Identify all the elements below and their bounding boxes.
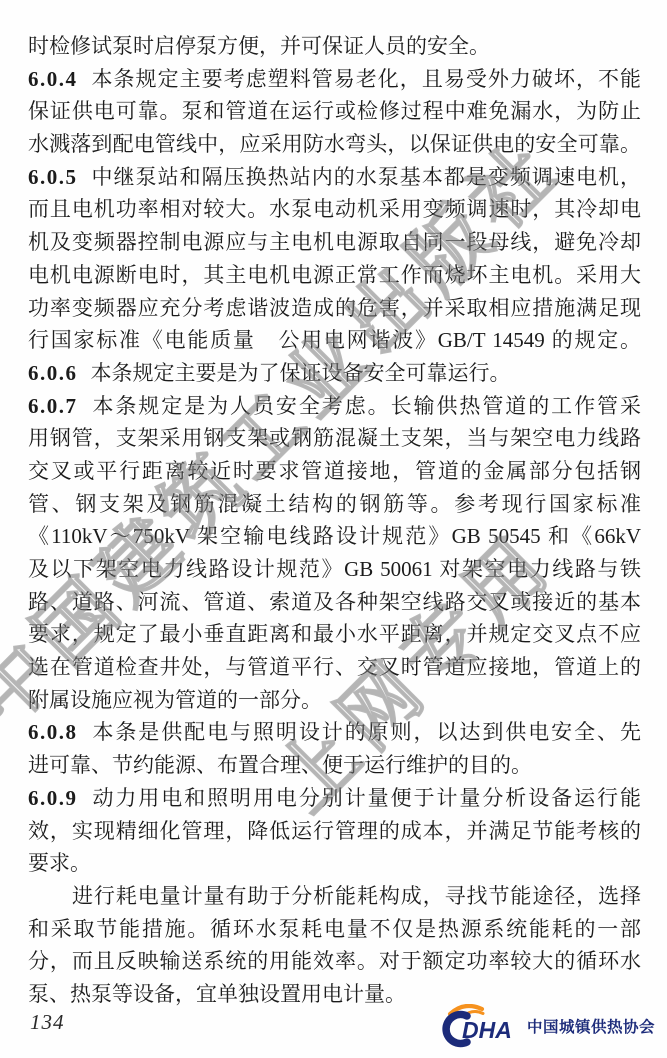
text-line: 6.0.9动力用电和照明用电分别计量便于计量分析设备运行能 xyxy=(28,782,641,815)
text-line: 要求，规定了最小垂直距离和最小水平距离，并规定交叉点不应 xyxy=(28,618,641,651)
text-line: 时检修试泵时启停泵方便，并可保证人员的安全。 xyxy=(28,30,641,63)
line-text: 进行耗电量计量有助于分析能耗构成，寻找节能途径，选择 xyxy=(72,884,641,908)
line-text: 分，而且反映输送系统的用能效率。对于额定功率较大的循环水 xyxy=(28,949,641,973)
text-line: 6.0.4本条规定主要考虑塑料管易老化，且易受外力破坏，不能 xyxy=(28,63,641,96)
text-line: 进可靠、节约能源、布置合理、便于运行维护的目的。 xyxy=(28,749,641,782)
section-number: 6.0.7 xyxy=(28,394,78,418)
text-line: 功率变频器应充分考虑谐波造成的危害，并采取相应措施满足现 xyxy=(28,292,641,325)
line-text: 电机电源断电时，其主电机电源正常工作而烧坏主电机。采用大 xyxy=(28,263,641,287)
text-line: 6.0.5中继泵站和隔压换热站内的水泵基本都是变频调速电机， xyxy=(28,161,641,194)
text-line: 6.0.8本条是供配电与照明设计的原则，以达到供电安全、先 xyxy=(28,716,641,749)
text-line: 效，实现精细化管理，降低运行管理的成本，并满足节能考核的 xyxy=(28,815,641,848)
text-line: 管、钢支架及钢筋混凝土结构的钢筋等。参考现行国家标准 xyxy=(28,488,641,521)
line-text: 本条规定主要考虑塑料管易老化，且易受外力破坏，不能 xyxy=(91,67,642,91)
text-line: 《110kV～750kV 架空输电线路设计规范》GB 50545 和《66kV xyxy=(28,520,641,553)
document-page: 中国建筑工业出版社 上网专用 时检修试泵时启停泵方便，并可保证人员的安全。6.0… xyxy=(0,0,667,1058)
line-text: 附属设施应视为管道的一部分。 xyxy=(28,688,322,712)
line-text: 《110kV～750kV 架空输电线路设计规范》GB 50545 和《66kV xyxy=(28,524,641,548)
text-line: 6.0.7本条规定是为人员安全考虑。长输供热管道的工作管采 xyxy=(28,390,641,423)
text-line: 行国家标准《电能质量 公用电网谐波》GB/T 14549 的规定。 xyxy=(28,324,641,357)
text-line: 和采取节能措施。循环水泵耗电量不仅是热源系统能耗的一部 xyxy=(28,913,641,946)
section-number: 6.0.8 xyxy=(28,720,78,744)
line-text: 效，实现精细化管理，降低运行管理的成本，并满足节能考核的 xyxy=(28,819,641,843)
text-line: 选在管道检查井处，与管道平行、交叉时管道应接地，管道上的 xyxy=(28,651,641,684)
text-line: 要求。 xyxy=(28,847,641,880)
section-number: 6.0.6 xyxy=(28,361,78,385)
line-text: 交叉或平行距离较近时要求管道接地，管道的金属部分包括钢 xyxy=(28,459,641,483)
line-text: 泵、热泵等设备，宜单独设置用电计量。 xyxy=(28,982,406,1006)
text-line: 及以下架空电力线路设计规范》GB 50061 对架空电力线路与铁 xyxy=(28,553,641,586)
text-line: 交叉或平行距离较近时要求管道接地，管道的金属部分包括钢 xyxy=(28,455,641,488)
line-text: 要求。 xyxy=(28,851,91,875)
text-line: 水溅落到配电管线中，应采用防水弯头，以保证供电的安全可靠。 xyxy=(28,128,641,161)
text-line: 6.0.6本条规定主要是为了保证设备安全可靠运行。 xyxy=(28,357,641,390)
text-line: 保证供电可靠。泵和管道在运行或检修过程中难免漏水，为防止 xyxy=(28,95,641,128)
line-text: 和采取节能措施。循环水泵耗电量不仅是热源系统能耗的一部 xyxy=(28,917,641,941)
line-text: 本条规定是为人员安全考虑。长输供热管道的工作管采 xyxy=(91,394,642,418)
text-line: 而且电机功率相对较大。水泵电动机采用变频调速时，其冷却电 xyxy=(28,193,641,226)
text-line: 进行耗电量计量有助于分析能耗构成，寻找节能途径，选择 xyxy=(28,880,641,913)
document-body: 时检修试泵时启停泵方便，并可保证人员的安全。6.0.4本条规定主要考虑塑料管易老… xyxy=(28,30,641,1011)
line-text: 时检修试泵时启停泵方便，并可保证人员的安全。 xyxy=(28,34,490,58)
line-text: 功率变频器应充分考虑谐波造成的危害，并采取相应措施满足现 xyxy=(28,296,641,320)
line-text: 保证供电可靠。泵和管道在运行或检修过程中难免漏水，为防止 xyxy=(28,99,641,123)
line-text: 选在管道检查井处，与管道平行、交叉时管道应接地，管道上的 xyxy=(28,655,641,679)
line-text: 动力用电和照明用电分别计量便于计量分析设备运行能 xyxy=(91,786,642,810)
text-line: 路、道路、河流、管道、索道及各种架空线路交叉或接近的基本 xyxy=(28,586,641,619)
association-name: 中国城镇供热协会 xyxy=(527,1015,655,1037)
line-text: 管、钢支架及钢筋混凝土结构的钢筋等。参考现行国家标准 xyxy=(28,492,641,516)
line-text: 用钢管，支架采用钢支架或钢筋混凝土支架，当与架空电力线路 xyxy=(28,426,641,450)
section-number: 6.0.4 xyxy=(28,67,78,91)
page-number: 134 xyxy=(30,1010,65,1035)
text-line: 分，而且反映输送系统的用能效率。对于额定功率较大的循环水 xyxy=(28,945,641,978)
line-text: 进可靠、节约能源、布置合理、便于运行维护的目的。 xyxy=(28,753,532,777)
line-text: 中继泵站和隔压换热站内的水泵基本都是变频调速电机， xyxy=(91,165,642,189)
svg-text:DHA: DHA xyxy=(462,1017,512,1043)
section-number: 6.0.5 xyxy=(28,165,78,189)
text-line: 机及变频器控制电源应与主电机电源取自同一段母线，避免冷却 xyxy=(28,226,641,259)
line-text: 路、道路、河流、管道、索道及各种架空线路交叉或接近的基本 xyxy=(28,590,641,614)
line-text: 行国家标准《电能质量 公用电网谐波》GB/T 14549 的规定。 xyxy=(28,328,641,352)
association-logo: DHA 中国城镇供热协会 xyxy=(436,1004,655,1048)
line-text: 机及变频器控制电源应与主电机电源取自同一段母线，避免冷却 xyxy=(28,230,641,254)
text-line: 用钢管，支架采用钢支架或钢筋混凝土支架，当与架空电力线路 xyxy=(28,422,641,455)
text-line: 附属设施应视为管道的一部分。 xyxy=(28,684,641,717)
text-line: 电机电源断电时，其主电机电源正常工作而烧坏主电机。采用大 xyxy=(28,259,641,292)
line-text: 水溅落到配电管线中，应采用防水弯头，以保证供电的安全可靠。 xyxy=(28,132,641,156)
line-text: 本条是供配电与照明设计的原则，以达到供电安全、先 xyxy=(91,720,642,744)
line-text: 而且电机功率相对较大。水泵电动机采用变频调速时，其冷却电 xyxy=(28,197,641,221)
dha-swoosh-icon: DHA xyxy=(436,1004,522,1048)
line-text: 本条规定主要是为了保证设备安全可靠运行。 xyxy=(91,361,511,385)
line-text: 要求，规定了最小垂直距离和最小水平距离，并规定交叉点不应 xyxy=(28,622,641,646)
section-number: 6.0.9 xyxy=(28,786,78,810)
line-text: 及以下架空电力线路设计规范》GB 50061 对架空电力线路与铁 xyxy=(28,557,641,581)
